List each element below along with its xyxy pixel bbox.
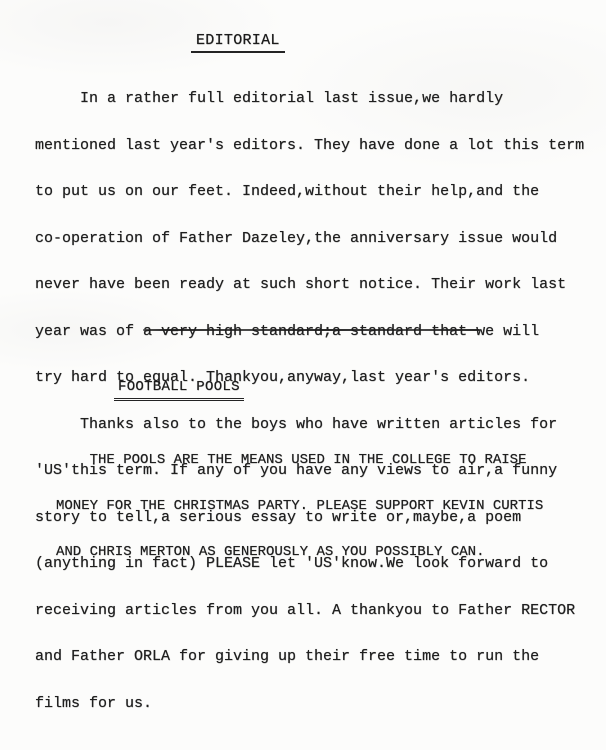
text-line: THE POOLS ARE THE MEANS USED IN THE COLL… [56, 453, 543, 468]
text-line: MONEY FOR THE CHRISTMAS PARTY. PLEASE SU… [56, 499, 543, 514]
editorial-paragraphs: In a rather full editorial last issue,we… [35, 60, 584, 742]
text-line: AND CHRIS MERTON AS GENEROUSLY AS YOU PO… [56, 545, 543, 560]
text-line: co-operation of Father Dazeley,the anniv… [35, 231, 584, 247]
editorial-heading: EDITORIAL [191, 33, 285, 53]
text-line: receiving articles from you all. A thank… [35, 603, 584, 619]
text-line: to put us on our feet. Indeed,without th… [35, 184, 584, 200]
scanned-document-page: EDITORIAL In a rather full editorial las… [0, 0, 606, 750]
text-line: In a rather full editorial last issue,we… [35, 91, 584, 107]
football-pools-paragraph: THE POOLS ARE THE MEANS USED IN THE COLL… [56, 423, 543, 590]
text-line: films for us. [35, 696, 584, 712]
football-pools-heading: FOOTBALL POOLS [114, 380, 244, 401]
text-line: and Father ORLA for giving up their free… [35, 649, 584, 665]
text-line: never have been ready at such short noti… [35, 277, 584, 293]
section-divider-line [143, 329, 480, 331]
text-line: mentioned last year's editors. They have… [35, 138, 584, 154]
text-line: year was of a very high standard;a stand… [35, 324, 584, 340]
